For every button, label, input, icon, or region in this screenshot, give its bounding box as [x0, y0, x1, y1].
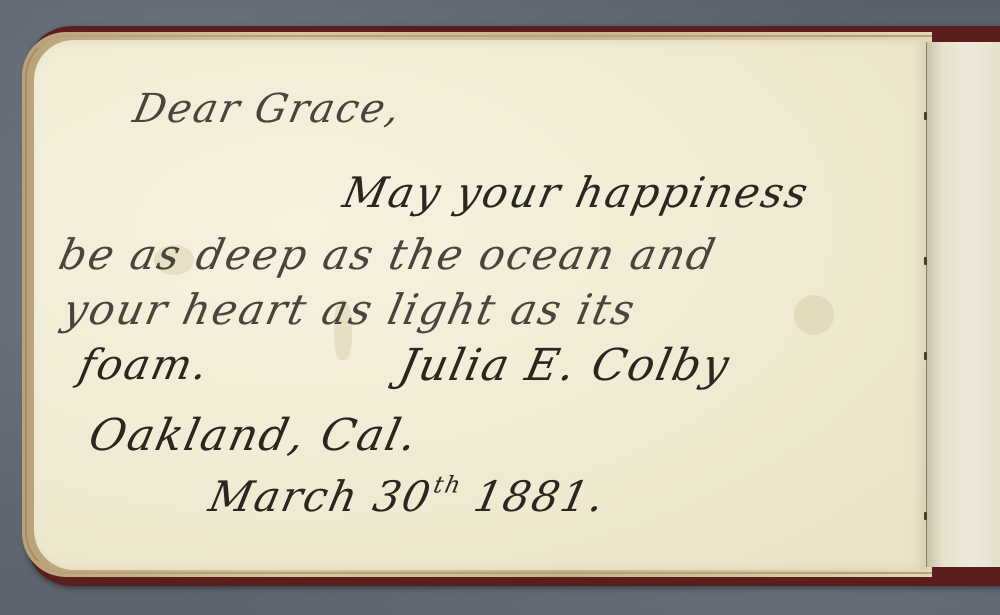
date-ordinal: th [431, 473, 465, 499]
salutation: Dear Grace, [129, 86, 406, 132]
date-month-day: March 30 [205, 472, 437, 521]
binding-thread [924, 352, 927, 360]
inscription-line-2: be as deep as the ocean and [55, 230, 721, 279]
album-page-right [926, 42, 1000, 567]
inscription-line-3: your heart as light as its [59, 285, 641, 334]
inscription-line-1: May your happiness [339, 168, 814, 217]
binding-thread [924, 512, 927, 520]
signature: Julia E. Colby [395, 340, 736, 391]
binding-thread [924, 112, 927, 120]
date: March 30th 1881. [205, 472, 611, 521]
album-page-left: Dear Grace, May your happiness be as dee… [34, 40, 926, 570]
inscription-line-4: foam. [75, 340, 214, 389]
stain [794, 295, 834, 335]
place: Oakland, Cal. [85, 410, 424, 461]
date-year: 1881. [470, 472, 611, 521]
binding-thread [924, 257, 927, 265]
